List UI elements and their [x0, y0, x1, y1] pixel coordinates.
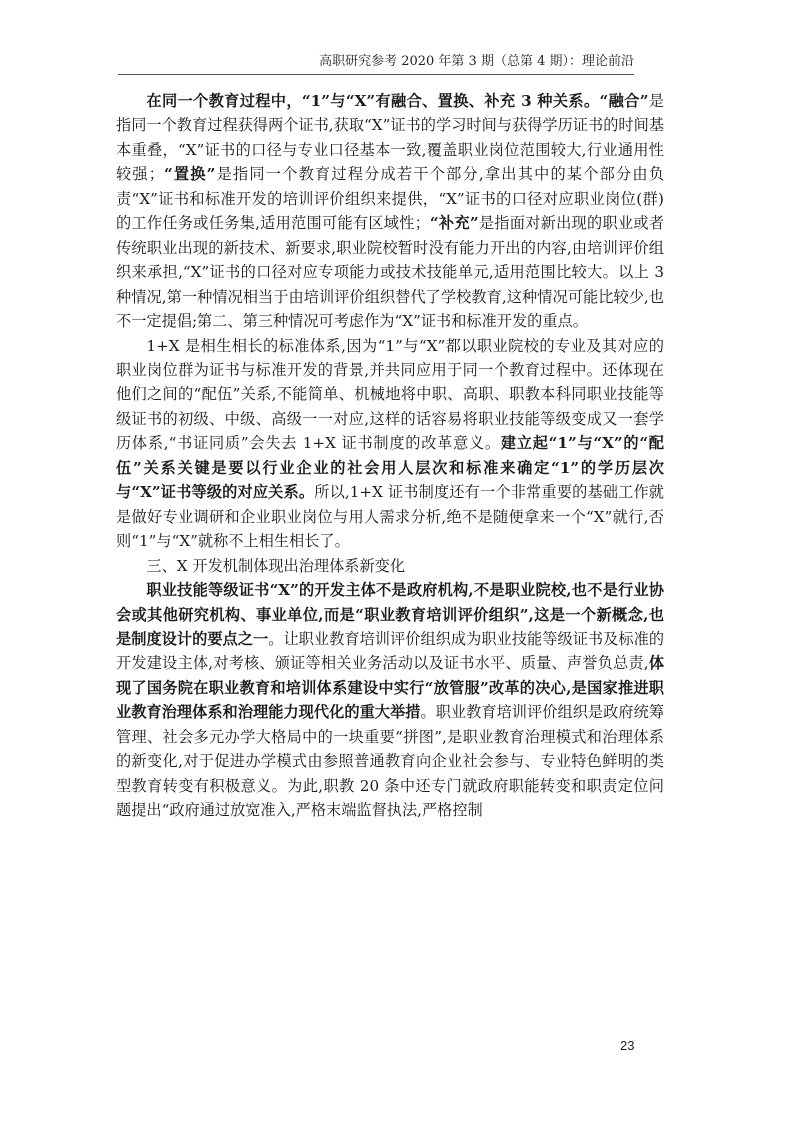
running-header-title: 高职研究参考 2020 年第 3 期（总第 4 期）：理论前沿: [319, 54, 634, 69]
term-replacement: “置换”: [164, 165, 215, 183]
term-fusion: “融合”: [600, 92, 649, 110]
term-supplement: “补充”: [430, 214, 479, 232]
paragraph-2: 1+X 是相生相长的标准体系,因为“1”与“X”都以职业院校的专业及其对应的职业…: [116, 334, 664, 554]
article-body: 在同一个教育过程中，“1”与“X”有融合、置换、补充 3 种关系。“融合”是指同…: [116, 89, 664, 823]
page-number: 23: [620, 1038, 634, 1053]
bold-text: 在同一个教育过程中，“1”与“X”有融合、置换、补充 3 种关系。: [146, 92, 599, 110]
running-header: 高职研究参考 2020 年第 3 期（总第 4 期）：理论前沿: [118, 50, 634, 75]
section-heading: 三、X 开发机制体现出治理体系新变化: [116, 554, 664, 578]
paragraph-3: 职业技能等级证书“X”的开发主体不是政府机构,不是职业院校,也不是行业协会或其他…: [116, 578, 664, 823]
paragraph-1: 在同一个教育过程中，“1”与“X”有融合、置换、补充 3 种关系。“融合”是指同…: [116, 89, 664, 334]
